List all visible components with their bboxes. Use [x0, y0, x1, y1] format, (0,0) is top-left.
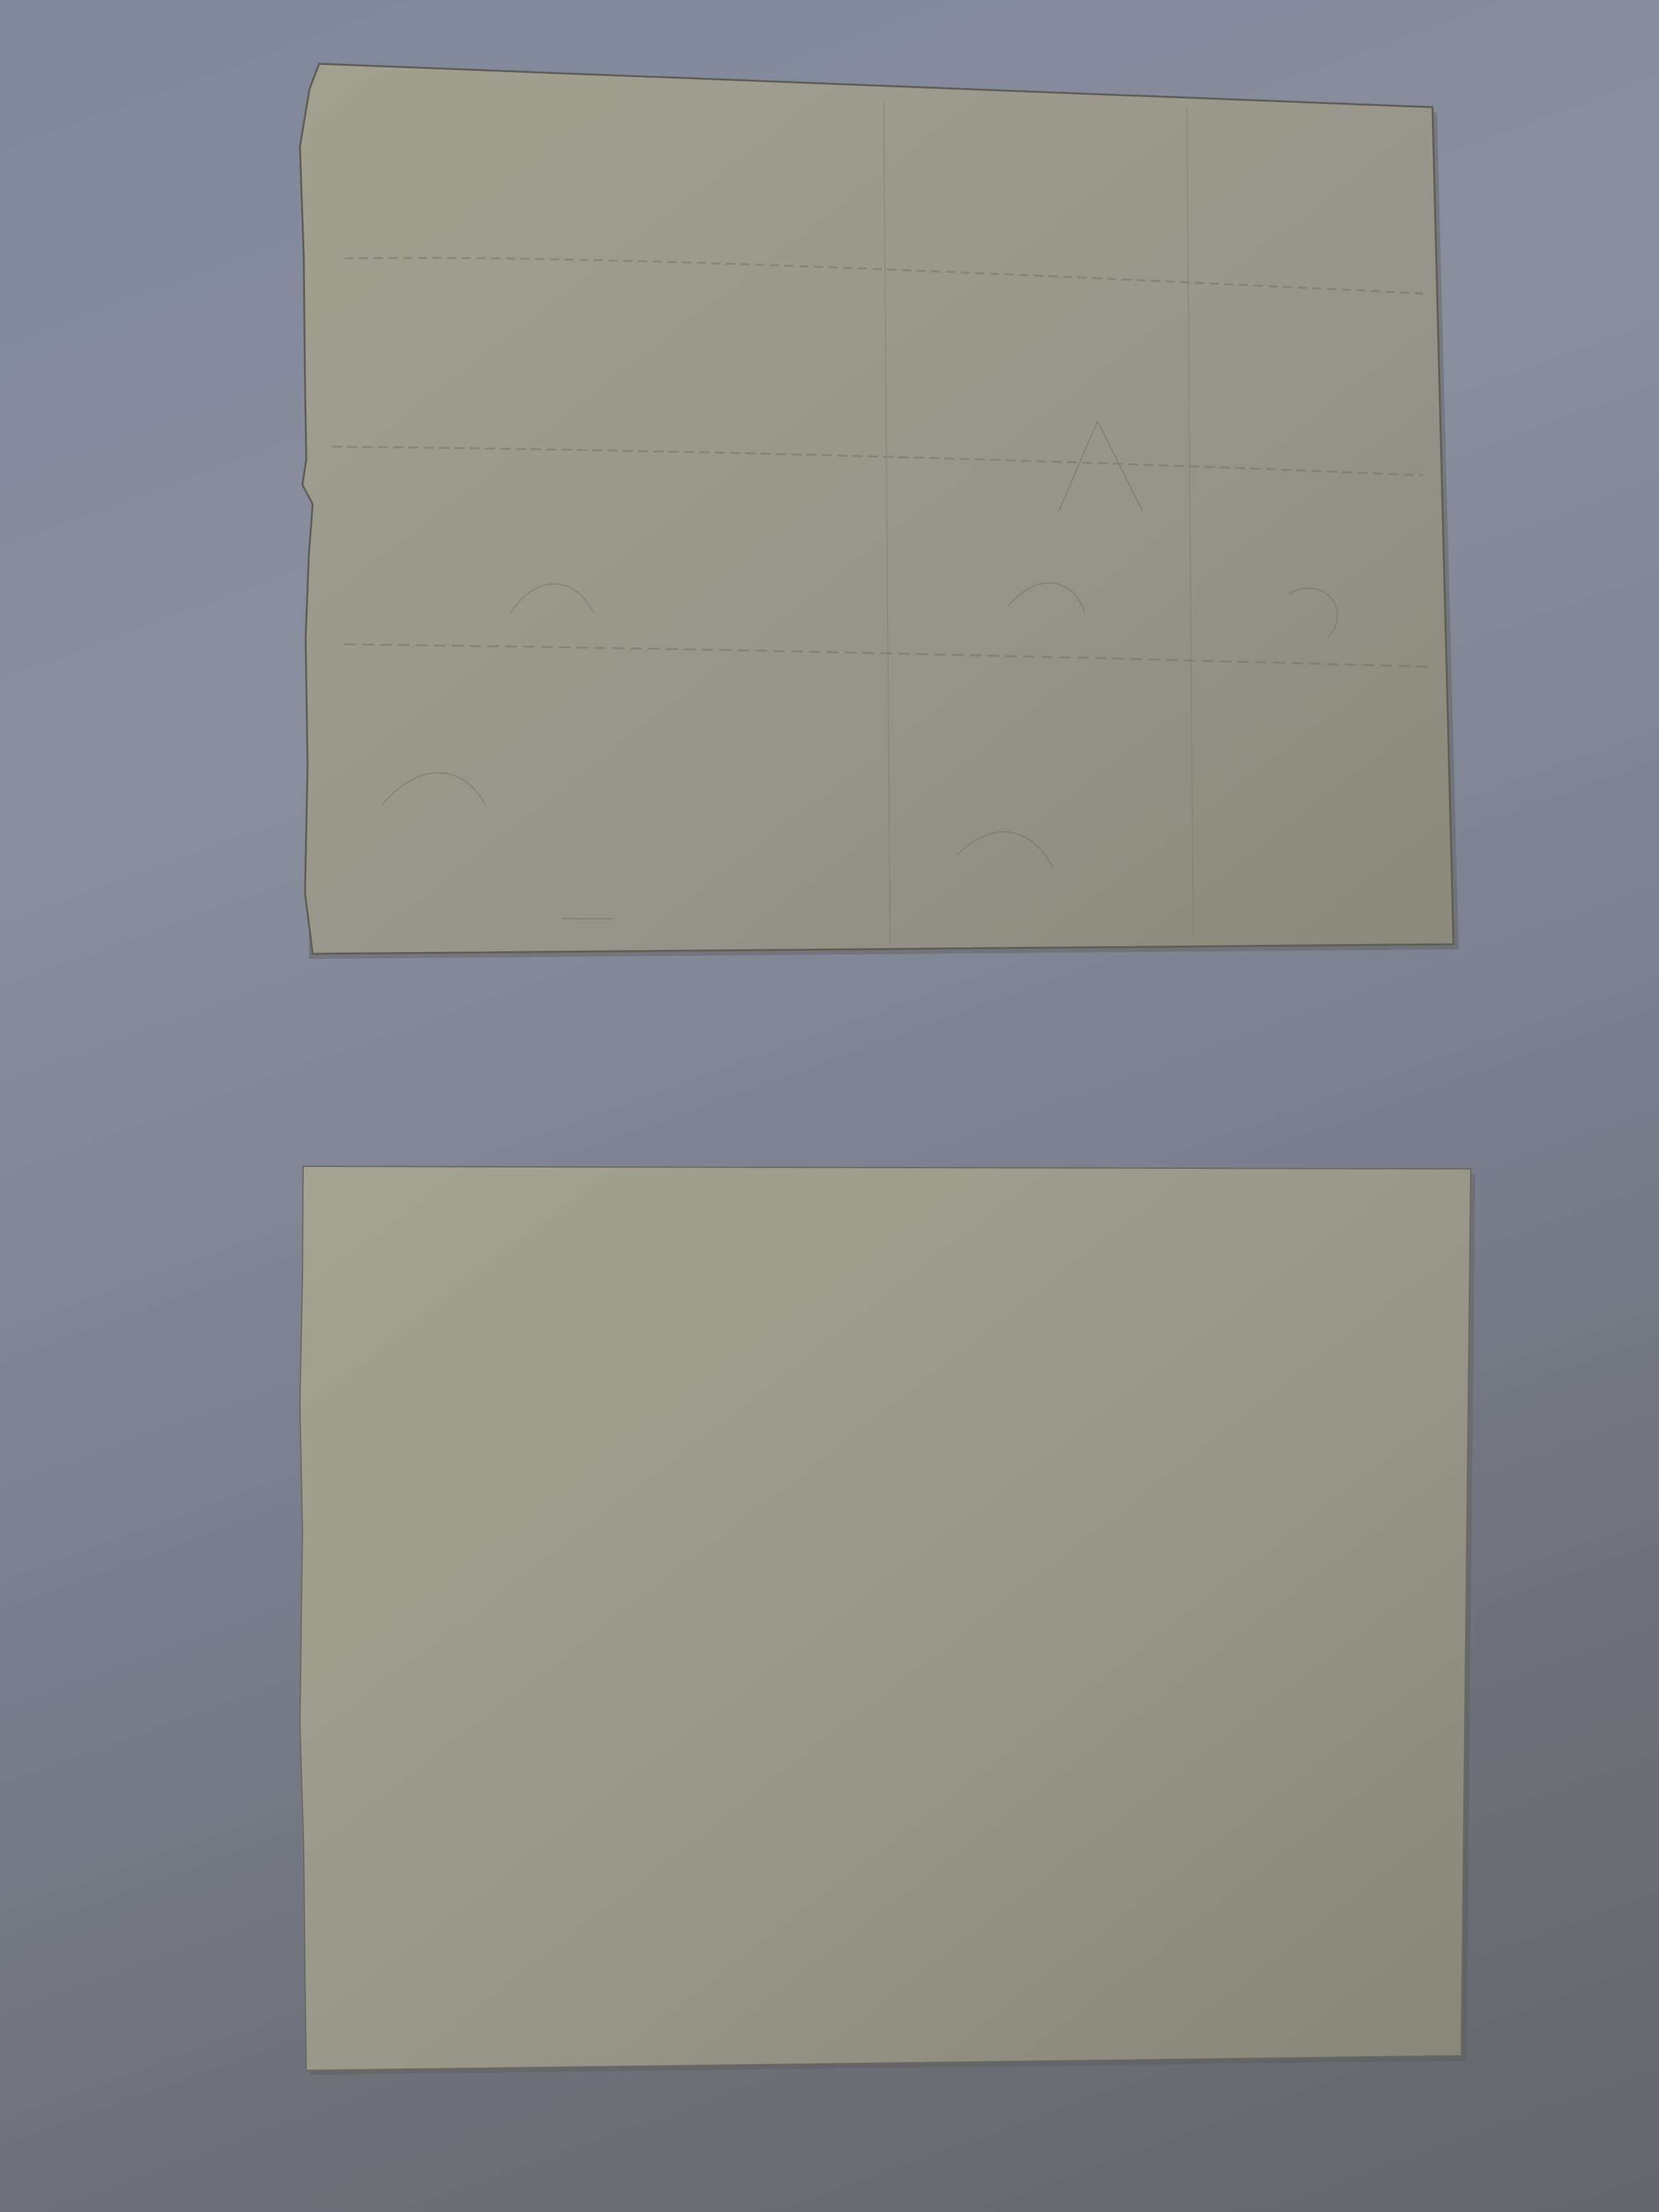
lower-paper-sheet: [300, 1166, 1475, 2075]
upper-sheet-body: [300, 64, 1454, 954]
upper-paper-sheet: [300, 64, 1459, 959]
photo-scene: [0, 0, 1659, 2212]
lower-sheet-body: [300, 1166, 1471, 2070]
